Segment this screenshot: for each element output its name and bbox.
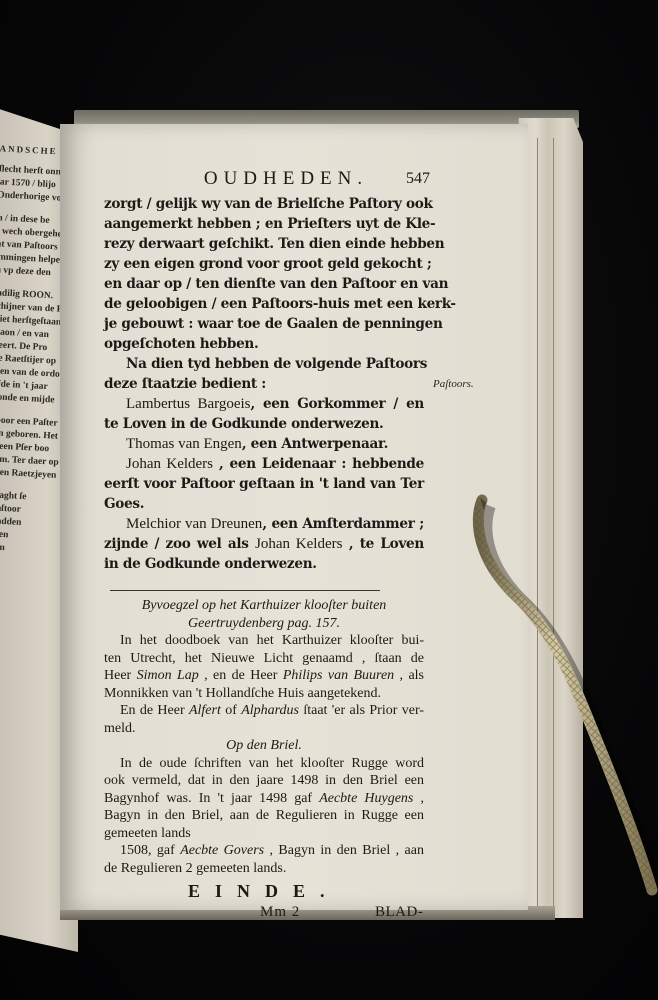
- pastor-entry-line: Melchior van Dreunen, een Amſterdammer ;: [104, 514, 424, 534]
- text-line: de geloobigen / een Paſtoors-huis met ee…: [104, 294, 424, 314]
- pastor-entry-line: Johan Kelders , een Leidenaar : hebbende: [104, 454, 424, 474]
- signature-mark: Mm 2: [260, 904, 300, 921]
- heading-line: Byvoegzel op het Karthuizer klooſter bui…: [104, 597, 424, 615]
- text-line: En de Heer Alfert of Alphardus ſtaat 'er…: [104, 702, 424, 720]
- text-line: en daar op / ten dienſte van den Paſtoor…: [104, 274, 424, 294]
- pastor-entry-line: eerſt voor Paſtoor geſtaan in 't land va…: [104, 474, 424, 494]
- running-head: OUDHEDEN. 547: [104, 168, 424, 194]
- einde-end-mark: EINDE.: [104, 881, 424, 902]
- pastor-entry-line: Lambertus Bargoeis, een Gorkommer / en: [104, 394, 424, 414]
- text-line: Bagyn in den Briel, aan de Regulieren in…: [104, 807, 424, 825]
- pastor-list: Lambertus Bargoeis, een Gorkommer / ente…: [104, 394, 424, 574]
- text-line: ten Utrecht, het Nieuwe Licht genaamd , …: [104, 650, 424, 668]
- page-footer: Mm 2 BLAD-: [104, 902, 424, 924]
- text-line: In het doodboek van het Karthuizer klooſ…: [104, 632, 424, 650]
- paragraph-1: zorgt / gelijk wy van de Brielſche Paſto…: [104, 194, 424, 354]
- text-line: Bagynhof was. In 't jaar 1498 gaf Aecbte…: [104, 790, 424, 808]
- text-line: Heer Simon Lap , en de Heer Philips van …: [104, 667, 424, 685]
- text-line: In de oude ſchriften van het klooſter Ru…: [104, 755, 424, 773]
- text-line: 1508, gaf Aecbte Govers , Bagyn in den B…: [104, 842, 424, 860]
- section-body-briel: In de oude ſchriften van het klooſter Ru…: [104, 755, 424, 878]
- pastor-entry-line: Thomas van Engen, een Antwerpenaar.: [104, 434, 424, 454]
- paragraph-2: Na dien tyd hebben de volgende Paſtoorsd…: [104, 354, 424, 394]
- section-body-karthuizer: In het doodboek van het Karthuizer klooſ…: [104, 632, 424, 737]
- pastor-entry-line: in de Godkunde onderwezen.: [104, 554, 424, 574]
- heading-line: Geertruydenberg pag. 157.: [104, 615, 424, 633]
- pastor-entry-line: Goes.: [104, 494, 424, 514]
- pastor-entry-line: te Loven in de Godkunde onderwezen.: [104, 414, 424, 434]
- text-line: de Regulieren 2 gemeeten lands.: [104, 860, 424, 878]
- text-line: opgeſchoten hebben.: [104, 334, 424, 354]
- text-line: Na dien tyd hebben de volgende Paſtoors: [104, 354, 424, 374]
- text-line: rezy derwaart geſchikt. Ten dien einde h…: [104, 234, 424, 254]
- text-line: gemeeten lands: [104, 825, 424, 843]
- text-line: zy een eigen grond voor groot geld gekoc…: [104, 254, 424, 274]
- section-heading-karthuizer: Byvoegzel op het Karthuizer klooſter bui…: [104, 597, 424, 632]
- section-divider: [110, 590, 380, 591]
- text-line: meld.: [104, 720, 424, 738]
- pastor-name: Thomas van Engen: [126, 436, 242, 452]
- page-content: OUDHEDEN. 547 zorgt / gelijk wy van de B…: [104, 168, 424, 924]
- catchword: BLAD-: [375, 904, 423, 921]
- text-line: deze ſtaatzie bedient :: [104, 374, 424, 394]
- text-line: aangemerkt hebben ; en Prieſters uyt de …: [104, 214, 424, 234]
- pastor-name: Melchior van Dreunen: [126, 516, 262, 532]
- pastor-name: Lambertus Bargoeis: [126, 396, 251, 412]
- pastor-entry-line: zijnde / zoo wel als Johan Kelders , te …: [104, 534, 424, 554]
- text-line: ook vermeld, dat in den jaare 1498 in de…: [104, 772, 424, 790]
- pastor-name: Johan Kelders: [126, 456, 213, 472]
- running-head-title: OUDHEDEN.: [204, 168, 368, 190]
- text-line: Monnikken van 't Hollandſche Huis aanget…: [104, 685, 424, 703]
- marginal-note: Paſtoors.: [433, 378, 474, 390]
- text-line: zorgt / gelijk wy van de Brielſche Paſto…: [104, 194, 424, 214]
- section-heading-briel: Op den Briel.: [104, 737, 424, 755]
- book-page: OUDHEDEN. 547 zorgt / gelijk wy van de B…: [60, 124, 528, 910]
- page-number: 547: [406, 170, 430, 188]
- text-line: je gebouwt : waar toe de Gaalen de penni…: [104, 314, 424, 334]
